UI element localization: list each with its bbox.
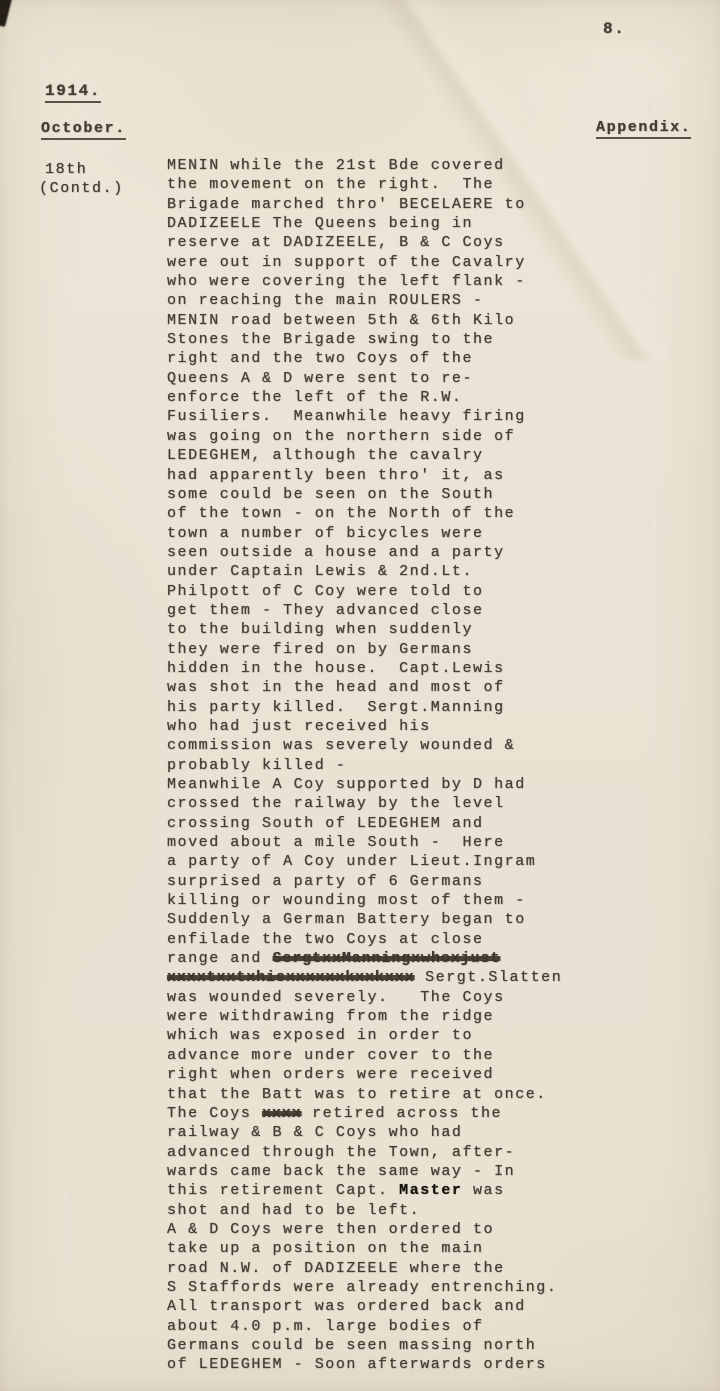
scan-corner-mark [0,0,13,27]
text-segment: The Coys [167,1105,262,1122]
text-line: who were covering the left flank - [167,272,667,291]
text-line: road N.W. of DADIZEELE where the [167,1259,667,1278]
text-segment: retired across the [302,1105,502,1122]
text-segment: Sergt.Slatten [415,969,563,986]
text-line: railway & B & C Coys who had [167,1123,667,1142]
text-line: was wounded severely. The Coys [167,988,667,1007]
text-line: to the building when suddenly [167,620,667,639]
text-segment: enforce the left of the R.W. [167,389,462,406]
text-segment: MENIN road between 5th & 6th Kilo [167,312,515,329]
text-segment: SergtxxManningxwhoxjust [273,950,501,967]
text-segment: xxxxtxxtxhisxxxxxxkxxkxxx [167,969,415,986]
entry-contd: (Contd.) [39,180,124,197]
text-line: A & D Coys were then ordered to [167,1220,667,1239]
text-line: moved about a mile South - Here [167,833,667,852]
text-segment: town a number of bicycles were [167,525,484,542]
text-line: right and the two Coys of the [167,349,667,368]
text-segment: probably killed - [167,757,346,774]
text-line: killing or wounding most of them - [167,891,667,910]
text-line: enfilade the two Coys at close [167,930,667,949]
text-segment: get them - They advanced close [167,602,484,619]
text-segment: Meanwhile A Coy supported by D had [167,776,526,793]
text-segment: was going on the northern side of [167,428,515,445]
text-line: right when orders were received [167,1065,667,1084]
text-line: LEDEGHEM, although the cavalry [167,446,667,465]
text-segment: A & D Coys were then ordered to [167,1221,494,1238]
page-number: 8. [603,20,625,38]
text-line: seen outside a house and a party [167,543,667,562]
text-segment: was [462,1182,504,1199]
text-segment: seen outside a house and a party [167,544,505,561]
text-line: Suddenly a German Battery began to [167,910,667,929]
text-line: were out in support of the Cavalry [167,253,667,272]
text-segment: Philpott of C Coy were told to [167,583,484,600]
text-segment: about 4.0 p.m. large bodies of [167,1318,484,1335]
text-segment: on reaching the main ROULERS - [167,292,484,309]
text-segment: wards came back the same way - In [167,1163,515,1180]
text-segment: of the town - on the North of the [167,505,515,522]
text-line: about 4.0 p.m. large bodies of [167,1317,667,1336]
text-line: had apparently been thro' it, as [167,466,667,485]
text-line: this retirement Capt. Master was [167,1181,667,1200]
text-segment: which was exposed in order to [167,1027,473,1044]
text-segment: hidden in the house. Capt.Lewis [167,660,505,677]
text-line: Meanwhile A Coy supported by D had [167,775,667,794]
text-line: was shot in the head and most of [167,678,667,697]
text-segment: had apparently been thro' it, as [167,467,505,484]
text-line: Germans could be seen massing north [167,1336,667,1355]
text-line: get them - They advanced close [167,601,667,620]
entry-day: 18th [45,161,87,178]
text-line: under Captain Lewis & 2nd.Lt. [167,562,667,581]
text-segment: crossing South of LEDEGHEM and [167,815,484,832]
text-line: probably killed - [167,756,667,775]
text-line: advance more under cover to the [167,1046,667,1065]
text-segment: shot and had to be left. [167,1202,420,1219]
text-segment: advance more under cover to the [167,1047,494,1064]
text-segment: Suddenly a German Battery began to [167,911,526,928]
text-segment: who were covering the left flank - [167,273,526,290]
text-line: MENIN road between 5th & 6th Kilo [167,311,667,330]
text-segment: were out in support of the Cavalry [167,254,526,271]
text-line: the movement on the right. The [167,175,667,194]
text-line: All transport was ordered back and [167,1297,667,1316]
text-segment: right and the two Coys of the [167,350,473,367]
text-line: a party of A Coy under Lieut.Ingram [167,852,667,871]
text-line: Fusiliers. Meanwhile heavy firing [167,407,667,426]
text-line: some could be seen on the South [167,485,667,504]
text-segment: surprised a party of 6 Germans [167,873,484,890]
text-segment: commission was severely wounded & [167,737,515,754]
text-segment: LEDEGHEM, although the cavalry [167,447,484,464]
text-segment: a party of A Coy under Lieut.Ingram [167,853,536,870]
text-segment: some could be seen on the South [167,486,494,503]
text-segment: Fusiliers. Meanwhile heavy firing [167,408,526,425]
text-line: was going on the northern side of [167,427,667,446]
text-segment: Brigade marched thro' BECELAERE to [167,196,526,213]
text-segment: was shot in the head and most of [167,679,505,696]
text-segment: xxxx [262,1105,302,1122]
text-line: of the town - on the North of the [167,504,667,523]
text-segment: to the building when suddenly [167,621,473,638]
text-segment: this retirement Capt. [167,1182,399,1199]
text-line: Queens A & D were sent to re- [167,369,667,388]
text-line: town a number of bicycles were [167,524,667,543]
text-segment: killing or wounding most of them - [167,892,526,909]
text-segment: that the Batt was to retire at once. [167,1086,547,1103]
text-line: crossing South of LEDEGHEM and [167,814,667,833]
text-segment: crossed the railway by the level [167,795,505,812]
text-line: Stones the Brigade swing to the [167,330,667,349]
text-line: which was exposed in order to [167,1026,667,1045]
text-segment: advanced through the Town, after- [167,1144,515,1161]
text-segment: DADIZEELE The Queens being in [167,215,473,232]
text-line: they were fired on by Germans [167,640,667,659]
text-segment: enfilade the two Coys at close [167,931,484,948]
year-heading: 1914. [45,82,101,103]
text-line: reserve at DADIZEELE, B & C Coys [167,233,667,252]
text-line: MENIN while the 21st Bde covered [167,156,667,175]
text-segment: were withdrawing from the ridge [167,1008,494,1025]
text-line: The Coys xxxx retired across the [167,1104,667,1123]
text-line: on reaching the main ROULERS - [167,291,667,310]
text-segment: road N.W. of DADIZEELE where the [167,1260,505,1277]
text-segment: under Captain Lewis & 2nd.Lt. [167,563,473,580]
text-segment: moved about a mile South - Here [167,834,505,851]
text-segment: reserve at DADIZEELE, B & C Coys [167,234,505,251]
text-line: his party killed. Sergt.Manning [167,698,667,717]
text-segment: who had just received his [167,718,431,735]
text-line: Philpott of C Coy were told to [167,582,667,601]
text-line: hidden in the house. Capt.Lewis [167,659,667,678]
text-segment: MENIN while the 21st Bde covered [167,157,505,174]
text-line: that the Batt was to retire at once. [167,1085,667,1104]
text-line: S Staffords were already entrenching. [167,1278,667,1297]
text-segment: railway & B & C Coys who had [167,1124,462,1141]
text-line: were withdrawing from the ridge [167,1007,667,1026]
text-line: xxxxtxxtxhisxxxxxxkxxkxxx Sergt.Slatten [167,968,667,987]
text-segment: the movement on the right. The [167,176,494,193]
text-segment: All transport was ordered back and [167,1298,526,1315]
text-segment: Stones the Brigade swing to the [167,331,494,348]
text-segment: Master [399,1182,462,1199]
document-page: 8. 1914. October. Appendix. 18th (Contd.… [0,0,720,1391]
appendix-heading: Appendix. [596,119,691,139]
text-segment: Germans could be seen massing north [167,1337,536,1354]
text-segment: take up a position on the main [167,1240,484,1257]
text-line: range and SergtxxManningxwhoxjust [167,949,667,968]
text-line: enforce the left of the R.W. [167,388,667,407]
text-line: wards came back the same way - In [167,1162,667,1181]
text-segment: they were fired on by Germans [167,641,473,658]
text-line: take up a position on the main [167,1239,667,1258]
text-line: of LEDEGHEM - Soon afterwards orders [167,1355,667,1374]
text-segment: his party killed. Sergt.Manning [167,699,505,716]
text-line: who had just received his [167,717,667,736]
text-segment: Queens A & D were sent to re- [167,370,473,387]
text-segment: of LEDEGHEM - Soon afterwards orders [167,1356,547,1373]
text-segment: was wounded severely. The Coys [167,989,505,1006]
text-line: crossed the railway by the level [167,794,667,813]
text-segment: S Staffords were already entrenching. [167,1279,557,1296]
text-line: DADIZEELE The Queens being in [167,214,667,233]
body-text: MENIN while the 21st Bde coveredthe move… [167,156,667,1375]
text-segment: range and [167,950,273,967]
text-line: shot and had to be left. [167,1201,667,1220]
month-heading: October. [41,120,126,140]
text-line: surprised a party of 6 Germans [167,872,667,891]
text-line: advanced through the Town, after- [167,1143,667,1162]
text-line: Brigade marched thro' BECELAERE to [167,195,667,214]
text-line: commission was severely wounded & [167,736,667,755]
text-segment: right when orders were received [167,1066,494,1083]
